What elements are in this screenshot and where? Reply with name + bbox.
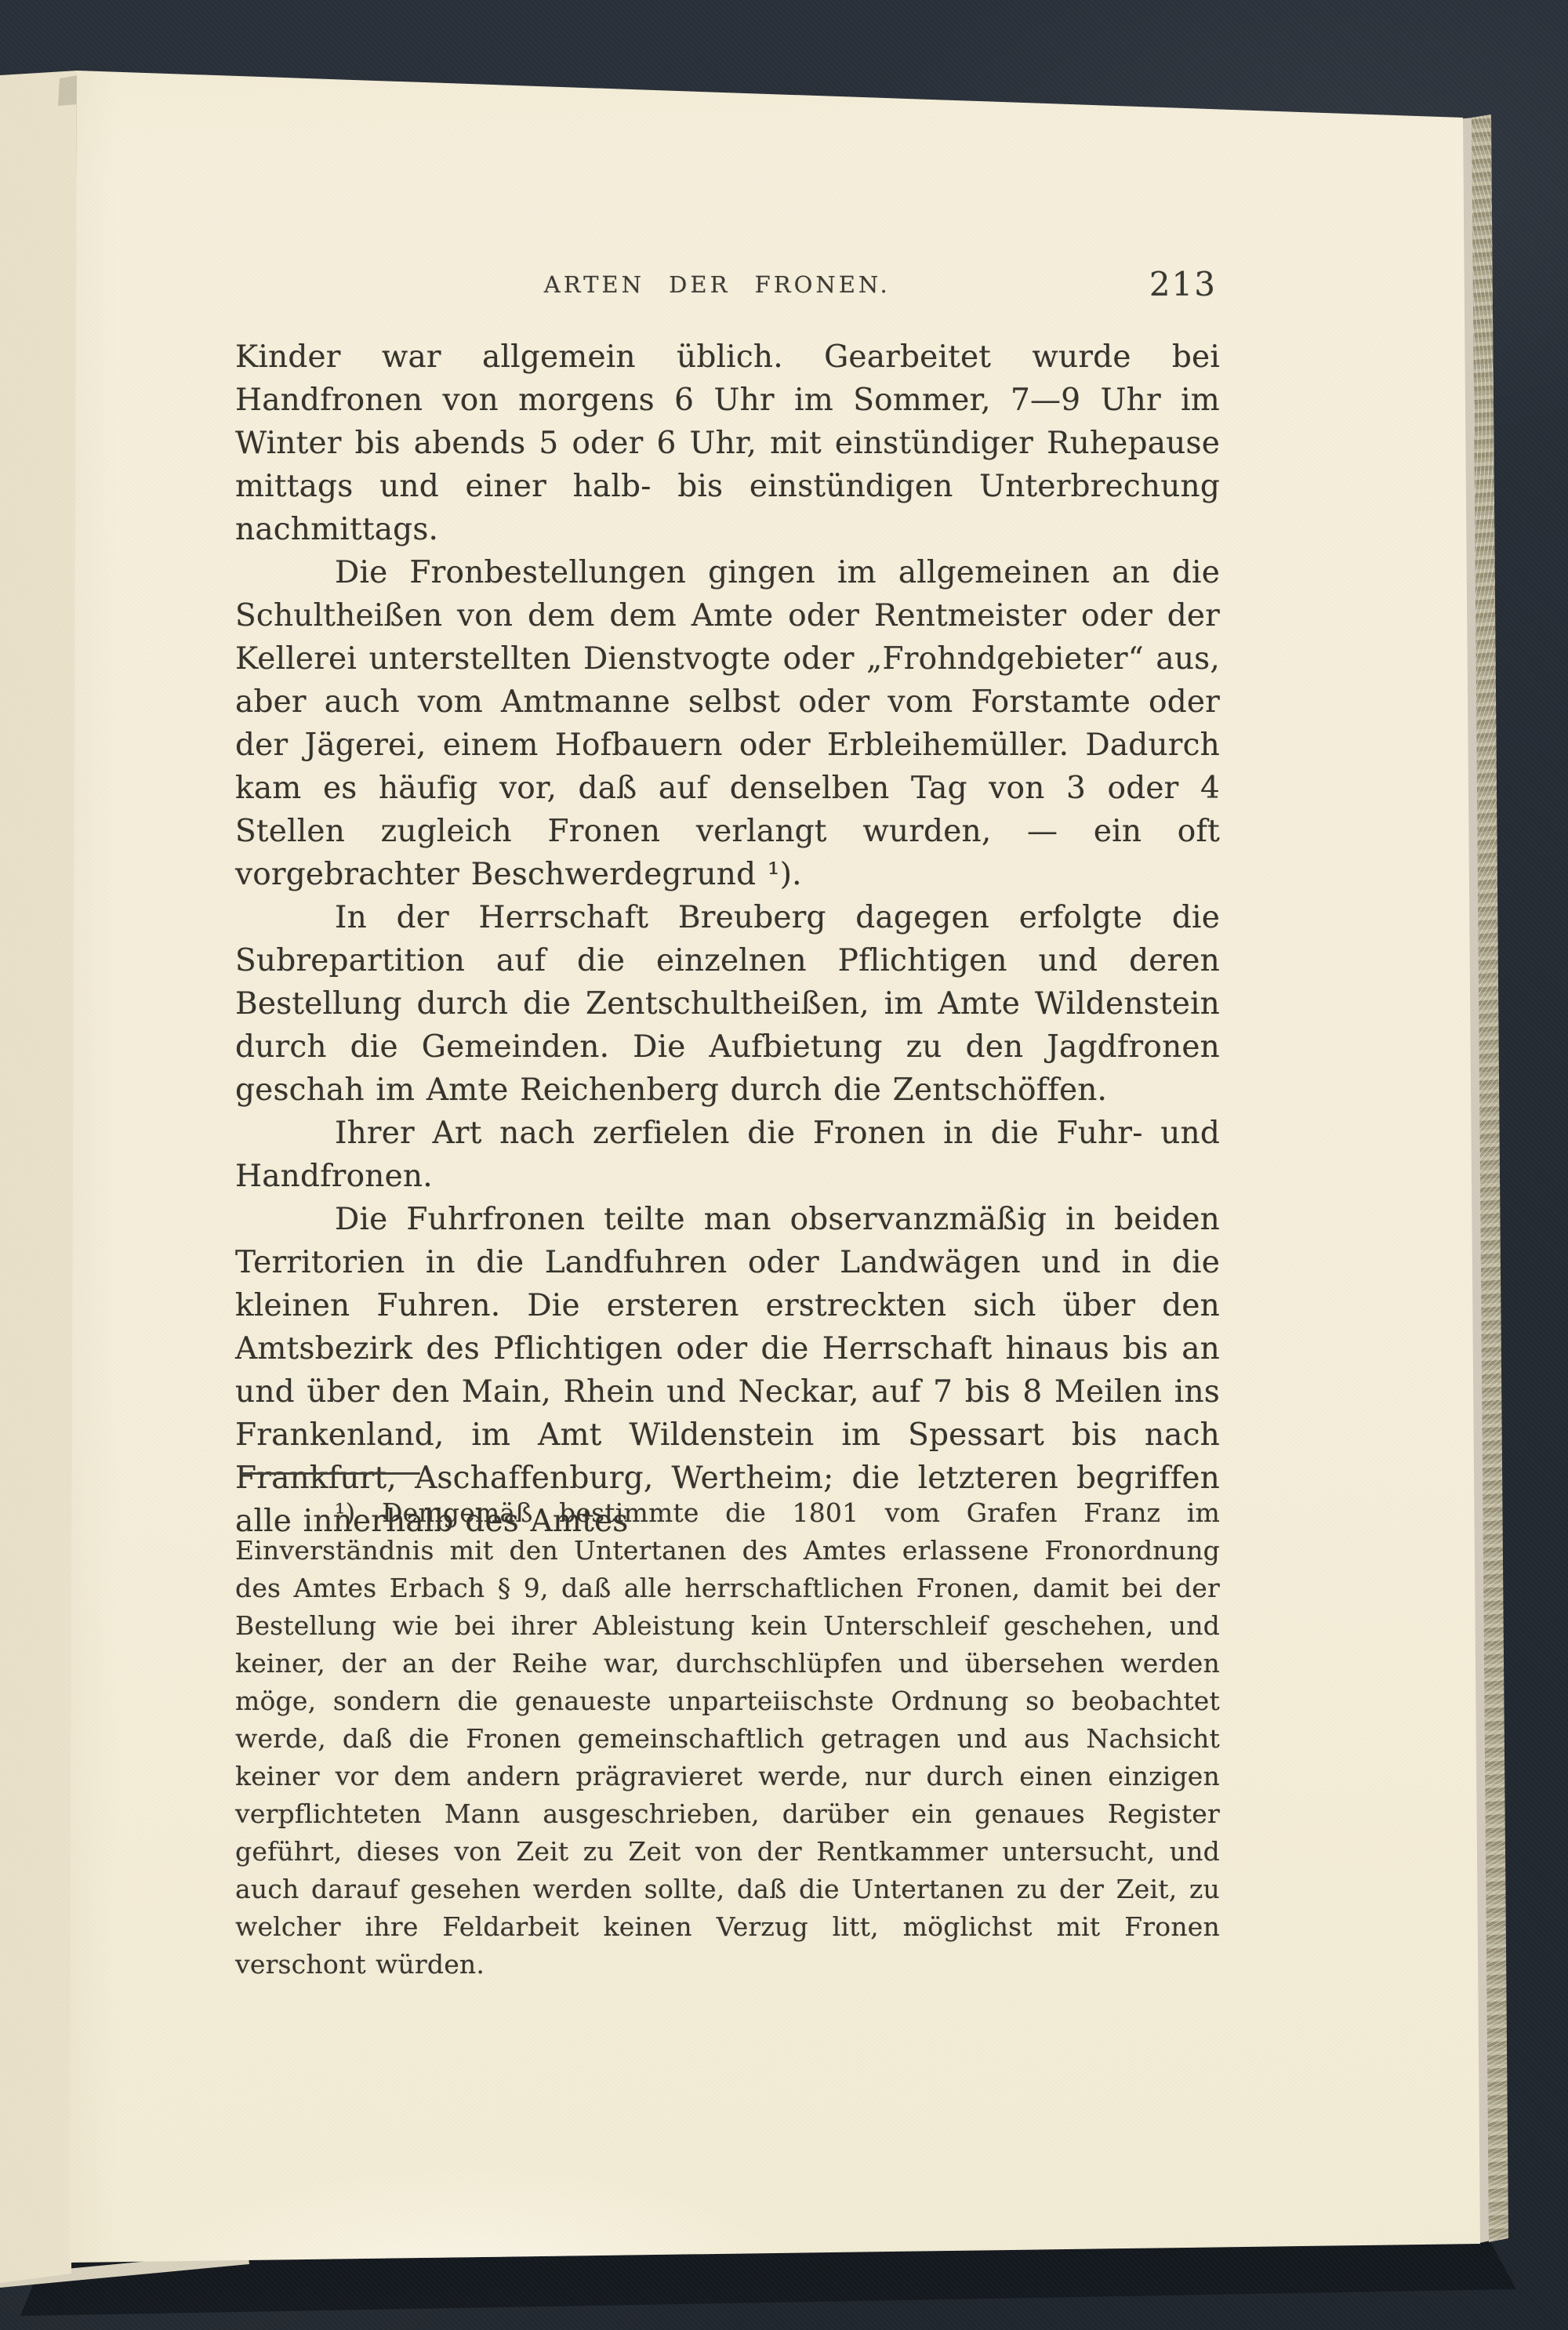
footnote-rule (241, 1472, 420, 1475)
page-number: 213 (1149, 265, 1217, 303)
paragraph: Kinder war allgemein üblich. Gearbeitet … (235, 336, 1220, 551)
paragraph: Die Fronbestellungen gingen im allgemein… (235, 551, 1220, 896)
page-content: ARTEN DER FRONEN. 213 Kinder war allgeme… (235, 0, 1220, 2330)
footnote: ¹) Demgemäß bestimmte die 1801 vom Grafe… (235, 1494, 1220, 1983)
body-text: Kinder war allgemein üblich. Gearbeitet … (235, 336, 1220, 1543)
paragraph: Die Fuhrfronen teilte man observanzmäßig… (235, 1198, 1220, 1543)
paragraph: In der Herrschaft Breuberg dagegen erfol… (235, 896, 1220, 1112)
photo-backdrop: ARTEN DER FRONEN. 213 Kinder war allgeme… (0, 0, 1568, 2330)
footnote-text: ¹) Demgemäß bestimmte die 1801 vom Grafe… (235, 1494, 1220, 1983)
running-head: ARTEN DER FRONEN. 213 (235, 265, 1220, 304)
running-title: ARTEN DER FRONEN. (544, 271, 891, 298)
paragraph: Ihrer Art nach zerfielen die Fronen in d… (235, 1112, 1220, 1198)
